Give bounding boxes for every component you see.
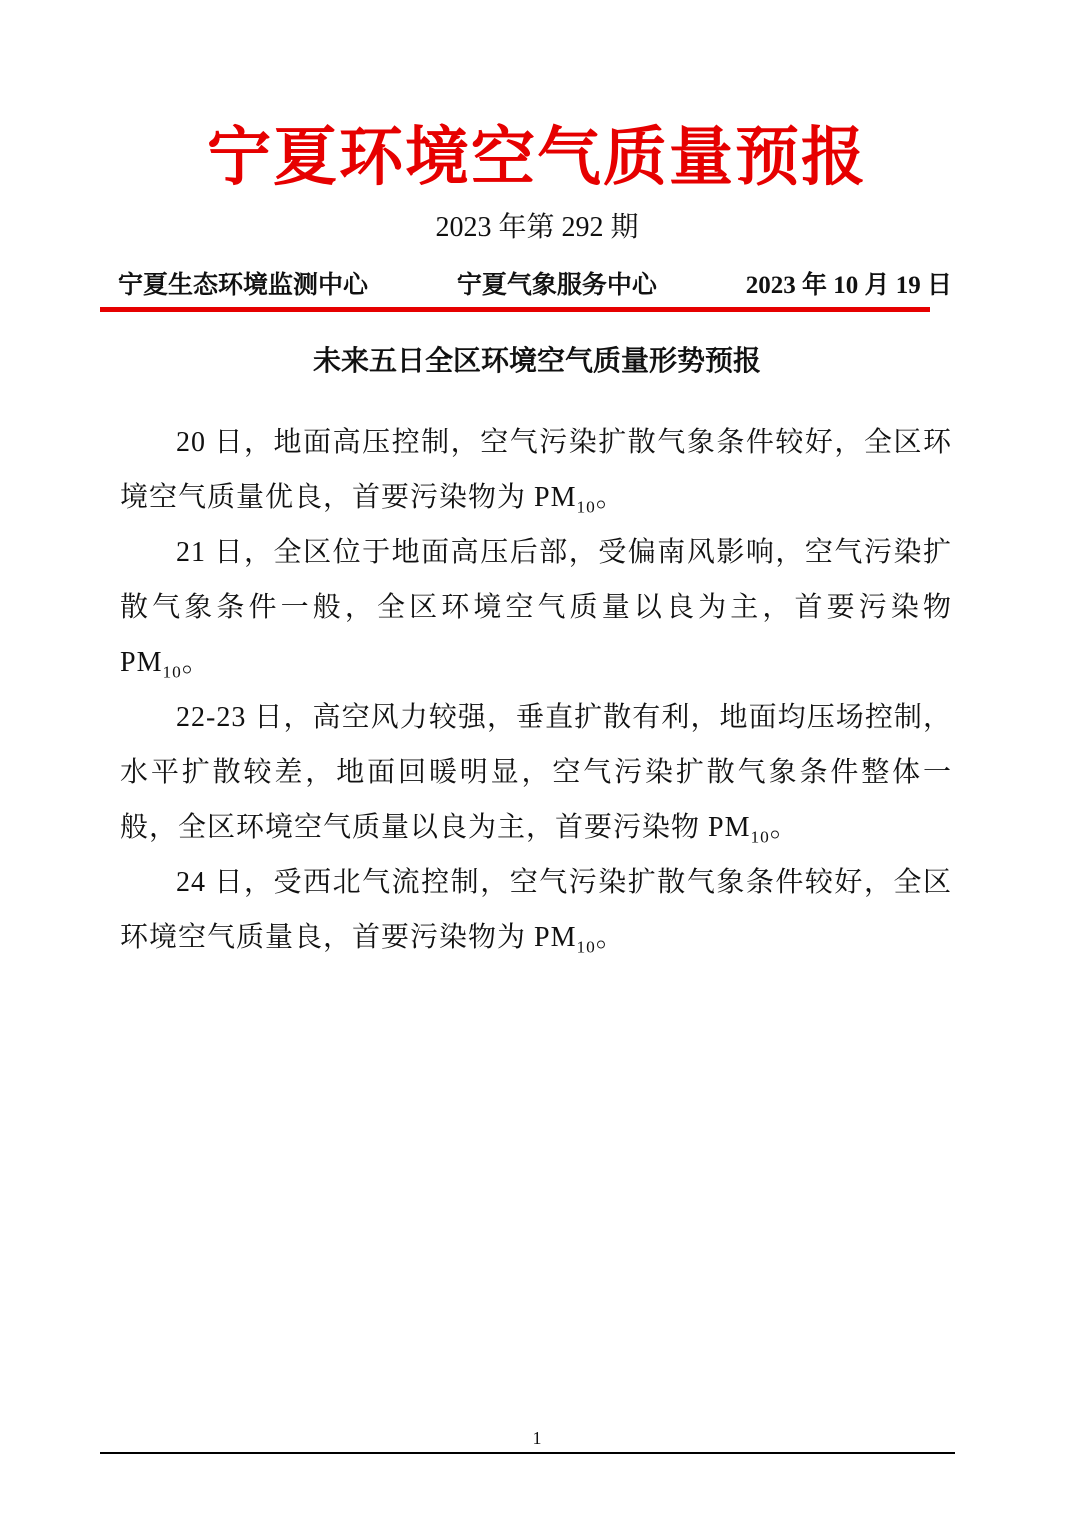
paragraph: 24 日，受西北气流控制，空气污染扩散气象条件较好，全区环境空气质量良，首要污染…	[120, 855, 952, 965]
page-number: 1	[0, 1428, 1074, 1450]
red-divider-rule	[100, 307, 930, 312]
issue-date: 2023 年 10 月 19 日	[746, 272, 952, 300]
header-org-row: 宁夏生态环境监测中心 宁夏气象服务中心 2023 年 10 月 19 日	[118, 272, 952, 300]
issue-number: 2023 年第 292 期	[0, 213, 1074, 244]
paragraph: 22-23 日，高空风力较强，垂直扩散有利，地面均压场控制，水平扩散较差，地面回…	[120, 690, 952, 855]
forecast-body: 20 日，地面高压控制，空气污染扩散气象条件较好，全区环境空气质量优良，首要污染…	[120, 415, 952, 965]
footer-divider-rule	[100, 1452, 955, 1454]
org-name-left: 宁夏生态环境监测中心	[118, 272, 368, 300]
org-name-center: 宁夏气象服务中心	[457, 272, 657, 300]
document-title: 宁夏环境空气质量预报	[0, 124, 1074, 191]
paragraph: 21 日，全区位于地面高压后部，受偏南风影响，空气污染扩散气象条件一般，全区环境…	[120, 525, 952, 690]
document-page: 宁夏环境空气质量预报 2023 年第 292 期 宁夏生态环境监测中心 宁夏气象…	[0, 0, 1074, 1520]
paragraph: 20 日，地面高压控制，空气污染扩散气象条件较好，全区环境空气质量优良，首要污染…	[120, 415, 952, 525]
section-heading: 未来五日全区环境空气质量形势预报	[0, 346, 1074, 378]
